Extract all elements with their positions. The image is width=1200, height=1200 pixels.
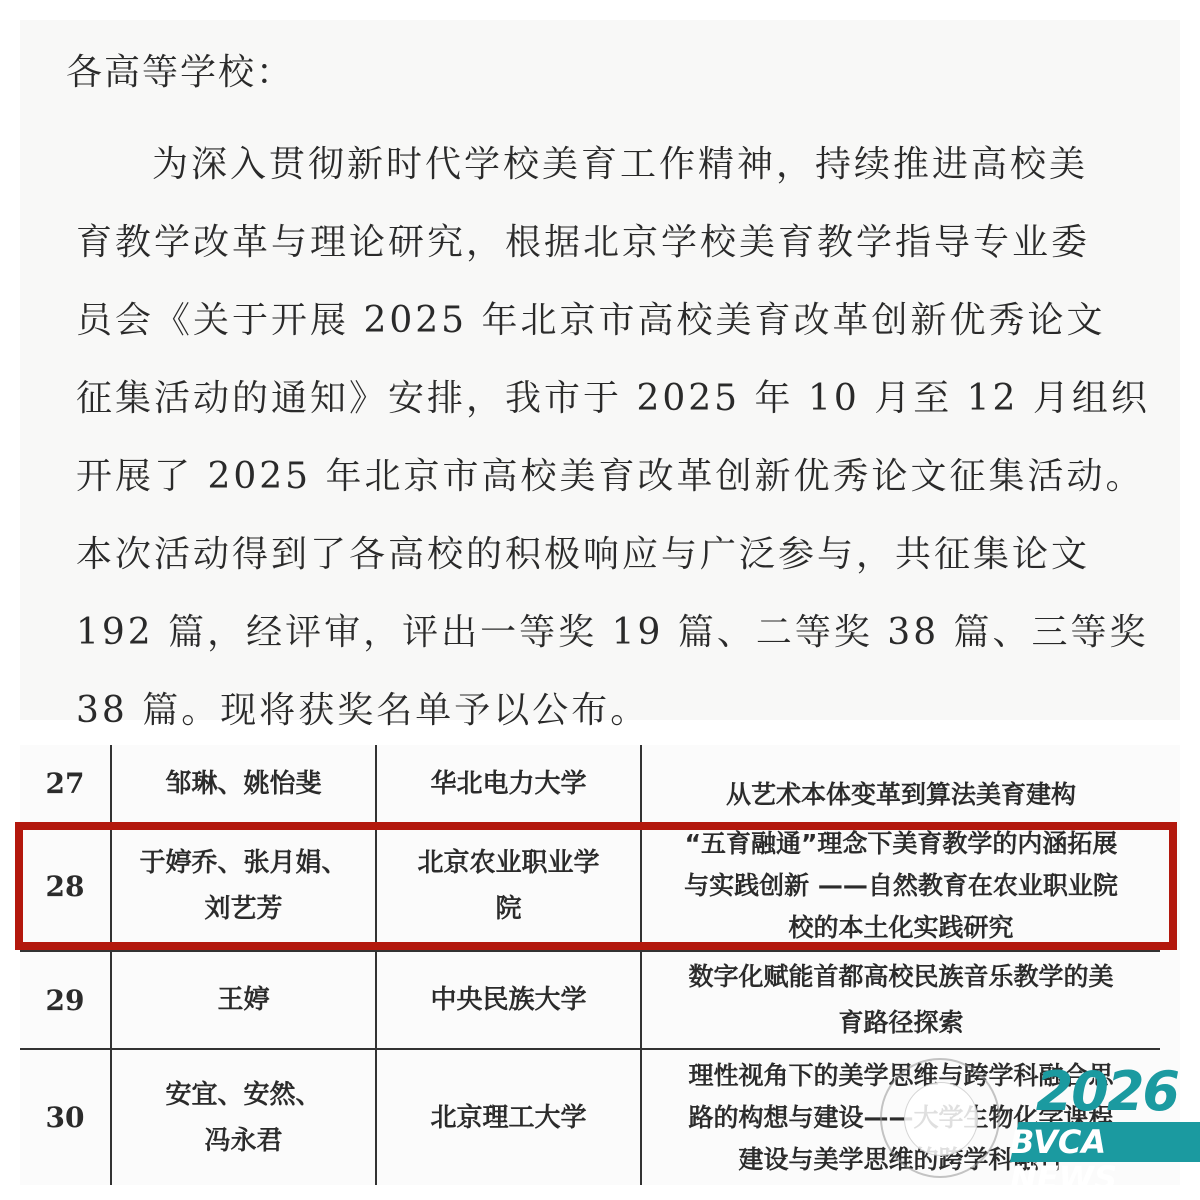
seal-center bbox=[904, 1082, 978, 1156]
row-authors-line: 安宜、安然、 bbox=[165, 1072, 321, 1118]
notice-body-line: 征集活动的通知》安排，我市于 2025 年 10 月至 12 月组织 bbox=[76, 370, 1150, 421]
row-authors: 安宜、安然、 冯永君 bbox=[110, 1050, 375, 1185]
notice-body-line: 为深入贯彻新时代学校美育工作精神，持续推进高校美 bbox=[152, 136, 1088, 187]
row-number: 27 bbox=[20, 745, 110, 822]
notice-body-line: 本次活动得到了各高校的积极响应与广泛参与，共征集论文 bbox=[76, 526, 1090, 577]
notice-body-line: 38 篇。现将获奖名单予以公布。 bbox=[76, 682, 649, 733]
row-institution: 华北电力大学 bbox=[375, 745, 640, 822]
row-authors: 邹琳、姚怡斐 bbox=[110, 745, 375, 822]
seal-stamp-icon bbox=[880, 1058, 1000, 1178]
row-institution: 北京农业职业学 院 bbox=[375, 822, 640, 950]
logo-brand-name: BVCA NEWS bbox=[1010, 1124, 1196, 1196]
award-table: 27 邹琳、姚怡斐 华北电力大学 ​ 从艺术本体变革到算法美育建构 28 于婷乔… bbox=[20, 745, 1180, 1185]
notice-body-line: 开展了 2025 年北京市高校美育改革创新优秀论文征集活动。 bbox=[76, 448, 1145, 499]
row-title: 数字化赋能首都高校民族音乐教学的美 育路径探索 bbox=[640, 952, 1160, 1048]
row-title: “五育融通”理念下美育教学的内涵拓展 与实践创新 ——自然教育在农业职业院 校的… bbox=[640, 822, 1160, 950]
notice-body-line: 育教学改革与理论研究，根据北京学校美育教学指导专业委 bbox=[76, 214, 1090, 265]
row-authors-line: 刘艺芳 bbox=[204, 886, 282, 932]
row-title-line: 从艺术本体变革到算法美育建构 bbox=[726, 772, 1076, 818]
logo-year: 2026 bbox=[1036, 1062, 1178, 1122]
row-authors: 王婷 bbox=[110, 952, 375, 1048]
notice-body-line: 员会《关于开展 2025 年北京市高校美育改革创新优秀论文 bbox=[76, 292, 1106, 343]
row-title: ​ 从艺术本体变革到算法美育建构 bbox=[640, 745, 1160, 822]
table-row-highlighted: 28 于婷乔、张月娟、 刘艺芳 北京农业职业学 院 “五育融通”理念下美育教学的… bbox=[20, 822, 1160, 952]
row-institution: 北京理工大学 bbox=[375, 1050, 640, 1185]
notice-body-line: 192 篇，经评审，评出一等奖 19 篇、二等奖 38 篇、三等奖 bbox=[76, 604, 1149, 655]
row-number: 29 bbox=[20, 952, 110, 1048]
row-title-line: 育路径探索 bbox=[838, 1000, 963, 1046]
notice-salutation: 各高等学校： bbox=[66, 44, 294, 95]
row-number: 28 bbox=[20, 822, 110, 950]
row-title-line: “五育融通”理念下美育教学的内涵拓展 bbox=[685, 823, 1118, 865]
row-institution-line: 院 bbox=[495, 886, 521, 932]
row-authors-line: 冯永君 bbox=[204, 1118, 282, 1164]
row-title-line: 数字化赋能首都高校民族音乐教学的美 bbox=[688, 954, 1113, 1000]
row-authors-line: 于婷乔、张月娟、 bbox=[139, 840, 347, 886]
table-row: 27 邹琳、姚怡斐 华北电力大学 ​ 从艺术本体变革到算法美育建构 bbox=[20, 745, 1160, 824]
row-institution: 中央民族大学 bbox=[375, 952, 640, 1048]
row-title-line: 校的本土化实践研究 bbox=[788, 907, 1013, 949]
brand-logo: 2026 BVCA NEWS bbox=[1010, 1062, 1200, 1172]
row-number: 30 bbox=[20, 1050, 110, 1185]
row-institution-line: 北京农业职业学 bbox=[417, 840, 599, 886]
row-authors: 于婷乔、张月娟、 刘艺芳 bbox=[110, 822, 375, 950]
row-title-line: 与实践创新 ——自然教育在农业职业院 bbox=[684, 865, 1118, 907]
table-row: 29 王婷 中央民族大学 数字化赋能首都高校民族音乐教学的美 育路径探索 bbox=[20, 952, 1160, 1050]
